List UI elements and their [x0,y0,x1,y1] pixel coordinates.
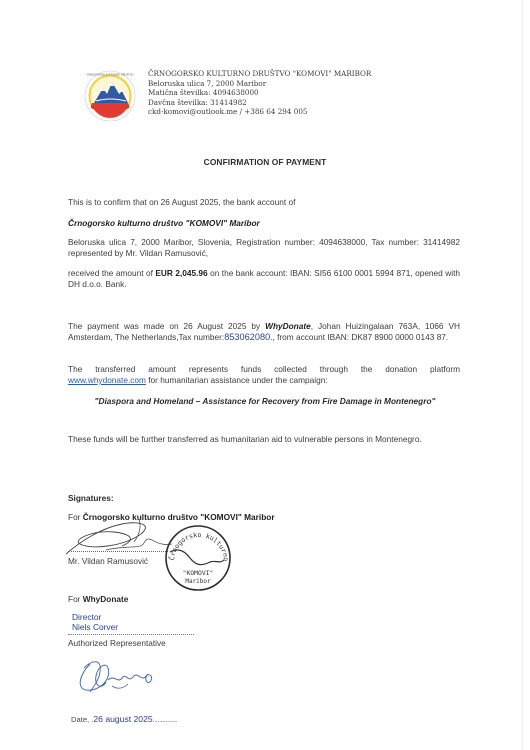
party2-signature-line [68,634,194,635]
party2-caption: Authorized Representative [68,638,166,648]
letterhead-registration: Matična številka: 4094638000 [148,88,371,98]
stamp-bottom-text: Maribor [185,578,211,585]
svg-text:Črnogorsko kulturno društvo: Črnogorsko kulturno društvo [160,516,230,562]
letterhead-org-name: ČRNOGORSKO KULTURNO DRUŠTVO "KOMOVI" MAR… [148,69,371,79]
amount: EUR 2,045.96 [155,268,207,278]
letterhead-tax: Davčna številka: 31414982 [148,98,371,108]
payment-paragraph: The payment was made on 26 August 2025 b… [68,321,460,343]
party2-name: Niels Corver [72,623,118,633]
stamp-arc-text: Črnogorsko kulturno društvo [160,516,230,562]
document-page: ČRNOGORSKO KULTURNO DRUŠTVO ČRNOGORSKO K… [0,0,530,750]
organization-details: Beloruska ulica 7, 2000 Maribor, Sloveni… [68,237,460,259]
transfer-line-1: The transferred amount represents funds … [68,364,460,375]
date-dots: ............... [153,715,177,724]
payer-tax-number: 853062080 [224,332,270,342]
intro-paragraph: This is to confirm that on 26 August 202… [68,197,454,208]
payment-suffix: ., from account IBAN: DK87 8900 0000 014… [270,332,448,342]
letterhead: ČRNOGORSKO KULTURNO DRUŠTVO "KOMOVI" MAR… [148,69,371,117]
date-line: Date, .26 august 2025............... [71,714,177,724]
transfer-line-2: www.whydonate.com for humanitarian assis… [68,375,460,386]
payment-prefix: The payment was made on 26 August 2025 b… [68,321,265,331]
party2-signatory-block: Director Niels Corver [72,613,118,633]
party1-signatory: Mr. Vildan Ramusović [68,556,148,566]
party2-for-line: For WhyDonate [68,594,128,604]
stamp-center-text: "KOMOVI" [183,569,214,577]
date-label: Date, . [71,715,93,724]
letterhead-contact: ckd-komovi@outlook.me / +386 64 294 005 [148,107,371,117]
mountain-emblem-logo: ČRNOGORSKO KULTURNO DRUŠTVO [84,70,136,122]
organization-name: Črnogorsko kulturno društvo "KOMOVI" Mar… [68,218,454,229]
organization-stamp: Črnogorsko kulturno društvo "KOMOVI" Mar… [162,522,234,594]
campaign-name: "Diaspora and Homeland – Assistance for … [0,396,530,406]
party2-signature [72,654,182,699]
received-prefix: received the amount of [68,268,155,278]
party1-signature-line [68,551,168,552]
party2-for-prefix: For [68,594,83,604]
date-value: 26 august 2025 [93,714,152,724]
payer-name: WhyDonate [265,321,311,331]
page-edge [522,0,523,750]
platform-link[interactable]: www.whydonate.com [68,375,146,385]
document-title: CONFIRMATION OF PAYMENT [0,157,530,167]
party2-for-name: WhyDonate [83,594,129,604]
received-paragraph: received the amount of EUR 2,045.96 on t… [68,268,460,290]
transfer-suffix: for humanitarian assistance under the ca… [146,375,328,385]
letterhead-address: Beloruska ulica 7, 2000 Maribor [148,79,371,89]
signatures-heading: Signatures: [68,493,114,503]
closing-paragraph: These funds will be further transferred … [68,434,468,445]
